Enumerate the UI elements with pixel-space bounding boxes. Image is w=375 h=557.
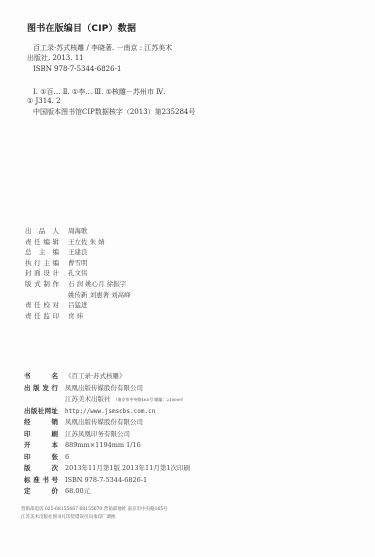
credit-row: 总主编王建良 [25,247,131,258]
spec-value: 凤凰出版传媒股份有限公司 [65,383,143,395]
spec-value: 凤凰出版传媒股份有限公司 [65,417,143,429]
footer-notice-line: 江苏美术出版社图书凡印装错误可向承印厂调换 [21,514,116,520]
credit-value: 周海歌 [68,226,88,237]
publisher-website-link[interactable]: http://www.jsmscbs.com.cn [65,406,155,418]
credit-label: 封面设计 [25,268,59,279]
credit-value: 姚传新 刘惠著 刘高峰 [68,290,131,301]
credit-value: 石 润 姚心月 徐振宇 [68,279,126,290]
cip-isbn-line: ISBN 978-7-5344-6826-1 [33,65,121,73]
credit-value: 王左佐 朱 婧 [68,237,105,248]
spec-row: 出版发行凤凰出版传媒股份有限公司 [24,383,190,395]
credit-label: 版式制作 [25,279,59,290]
credit-row: 责任编辑王左佐 朱 婧 [25,237,131,248]
spec-row: 书名《百工录·苏式核雕》 [24,371,190,383]
spec-value: 《百工录·苏式核雕》 [65,371,126,383]
spec-value: 江苏美术出版社（南京市中央路165号 邮编：210009） [65,394,186,406]
cip-publisher-line: 出版社, 2013. 11 [27,53,84,63]
credit-label: 出品人 [25,226,59,237]
credit-value: 吕猛进 [68,300,88,311]
spec-row: 江苏美术出版社（南京市中央路165号 邮编：210009） [24,394,190,406]
credit-label: 责任监印 [25,311,59,322]
credit-label: 责任校对 [25,300,59,311]
credits-list: 出品人周海歌 责任编辑王左佐 朱 婧 总主编王建良 执行主编曹雪明 封面设计孔文… [25,226,131,321]
credit-row: 执行主编曹雪明 [25,258,131,269]
spec-value: 6 [65,452,69,464]
spec-row: 出版社网址http://www.jsmscbs.com.cn [24,406,190,418]
credit-label: 总主编 [25,247,59,258]
spec-label: 标准书号 [24,475,58,487]
spec-row: 标准书号ISBN 978-7-5344-6826-1 [24,475,190,487]
cip-heading: 图书在版编目（CIP）数据 [27,21,136,34]
spec-label: 书名 [24,371,58,383]
spec-label: 开本 [24,440,58,452]
cip-record-line: 中国版本图书馆CIP数据核字（2013）第235284号 [33,107,195,117]
spec-row: 开本889mm×1194mm 1/16 [24,440,190,452]
spec-label: 经销 [24,417,58,429]
spec-value: 江苏凤凰印务有限公司 [65,429,130,441]
publisher-address: （南京市中央路165号 邮编：210009） [114,397,186,402]
spec-value: 68.00元 [65,486,90,498]
spec-row: 定价68.00元 [24,486,190,498]
credit-row: 责任校对吕猛进 [25,300,131,311]
credit-row: 封面设计孔文伟 [25,268,131,279]
spec-label: 出版社网址 [24,406,58,418]
publication-specs: 书名《百工录·苏式核雕》 出版发行凤凰出版传媒股份有限公司 江苏美术出版社（南京… [24,371,190,498]
spec-value: ISBN 978-7-5344-6826-1 [65,475,147,487]
credit-row: 版式制作石 润 姚心月 徐振宇 [25,279,131,290]
credit-row: 责任监印贲 炜 [25,311,131,322]
credit-label [25,290,59,301]
cip-classification-line: ① J314. 2 [27,97,61,105]
credit-value: 王建良 [68,247,88,258]
credit-row: 出品人周海歌 [25,226,131,237]
spec-label: 印刷 [24,429,58,441]
publisher-name: 江苏美术出版社 [65,395,111,403]
spec-row: 印刷江苏凤凰印务有限公司 [24,429,190,441]
credit-value: 贲 炜 [68,311,83,322]
credit-value: 曹雪明 [68,258,88,269]
cip-subject-line: Ⅰ. ①百… Ⅱ. ①李… Ⅲ. ①核雕－苏州市 Ⅳ. [33,87,165,97]
credit-label: 执行主编 [25,258,59,269]
credit-value: 孔文伟 [68,268,88,279]
spec-label: 版次 [24,463,58,475]
spec-value: 2013年11月第1版 2013年11月第1次印刷 [65,463,190,475]
footer-contact-line: 营销部电话 025-68155667 68155670 营销部地址 南京市中央路… [21,506,168,512]
spec-label: 定价 [24,486,58,498]
spec-value: 889mm×1194mm 1/16 [65,440,141,452]
credit-label: 责任编辑 [25,237,59,248]
spec-label: 出版发行 [24,383,58,395]
spec-row: 版次2013年11月第1版 2013年11月第1次印刷 [24,463,190,475]
cip-title-line: 百工录·苏式核雕 / 李晓著. 一南京 : 江苏美术 [33,43,172,53]
spec-label: 印张 [24,452,58,464]
spec-label [24,394,58,406]
spec-row: 印张6 [24,452,190,464]
spec-row: 经销凤凰出版传媒股份有限公司 [24,417,190,429]
credit-row: 姚传新 刘惠著 刘高峰 [25,290,131,301]
